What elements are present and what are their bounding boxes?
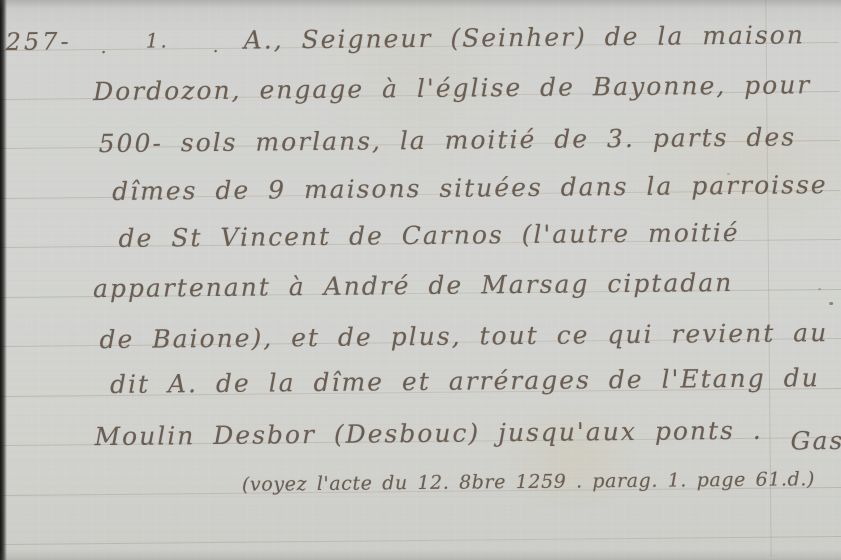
manuscript-line-3: 500- sols morlans, la moitié de 3. parts…: [99, 122, 797, 158]
manuscript-line-6: appartenant à André de Marsag ciptadan: [93, 268, 734, 303]
manuscript-line-8: dit A. de la dîme et arrérages de l'Etan…: [110, 363, 820, 399]
manuscript-line-1: A., Seigneur (Seinher) de la maison: [244, 20, 805, 54]
item-number: 1.: [146, 28, 169, 52]
manuscript-reference-note: (voyez l'acte du 12. 8bre 1259 . parag. …: [242, 468, 815, 495]
ink-speck: [727, 173, 730, 175]
manuscript-line-9: Moulin Desbor (Desbouc) jusqu'aux ponts …: [94, 416, 763, 451]
manuscript-line-7: de Baione), et de plus, tout ce qui revi…: [99, 318, 828, 354]
margin-entry-number: 257-: [6, 27, 72, 56]
separator-dot: .: [101, 37, 107, 58]
ruled-line: [3, 536, 841, 545]
separator-dot: .: [213, 36, 219, 57]
right-margin-word: Gas: [790, 426, 841, 456]
manuscript-line-5: de St Vincent de Carnos (l'autre moitié: [118, 218, 739, 253]
ink-speck: [818, 288, 821, 290]
manuscript-photo: 257- . 1. . A., Seigneur (Seinher) de la…: [0, 0, 841, 560]
ink-speck: [829, 302, 833, 305]
manuscript-line-2: Dordozon, engage à l'église de Bayonne, …: [93, 70, 811, 106]
manuscript-page: 257- . 1. . A., Seigneur (Seinher) de la…: [0, 0, 841, 560]
manuscript-line-4: dîmes de 9 maisons situées dans la parro…: [112, 170, 828, 206]
